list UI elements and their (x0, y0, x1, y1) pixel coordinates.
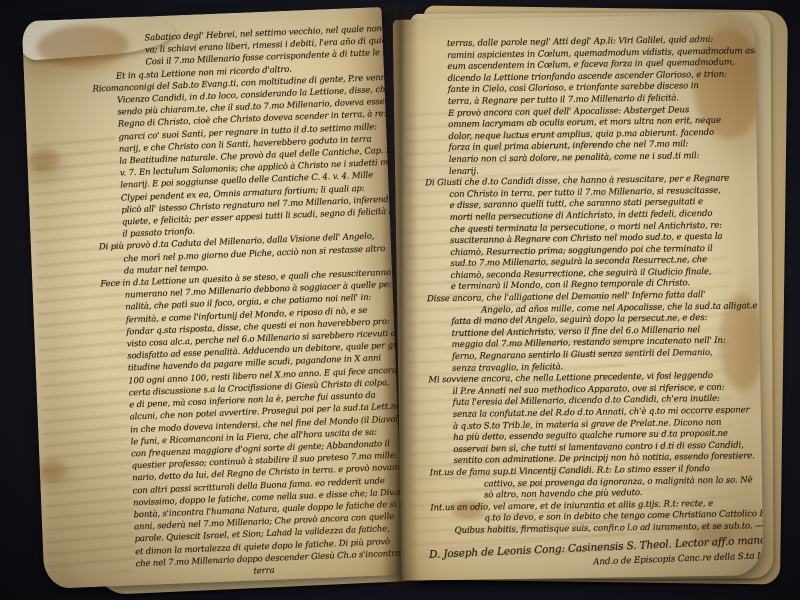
page-stain (29, 148, 60, 171)
page-stain (39, 460, 66, 481)
right-page: terras, dalle parole negl' Atti degl' Ap… (393, 14, 764, 581)
signature-line-2: And.o de Episcopis Canc.re della S.ta In… (593, 552, 758, 570)
left-page: Sabatico degl' Hebrei, nel settimo vecch… (22, 7, 405, 589)
right-page-body: terras, dalle parole negl' Atti degl' Ap… (447, 34, 758, 537)
left-page-text: Sabatico degl' Hebrei, nel settimo vecch… (114, 23, 404, 582)
manuscript-photo: Sabatico degl' Hebrei, nel settimo vecch… (0, 0, 800, 600)
right-page-text: terras, dalle parole negl' Atti degl' Ap… (447, 34, 758, 569)
